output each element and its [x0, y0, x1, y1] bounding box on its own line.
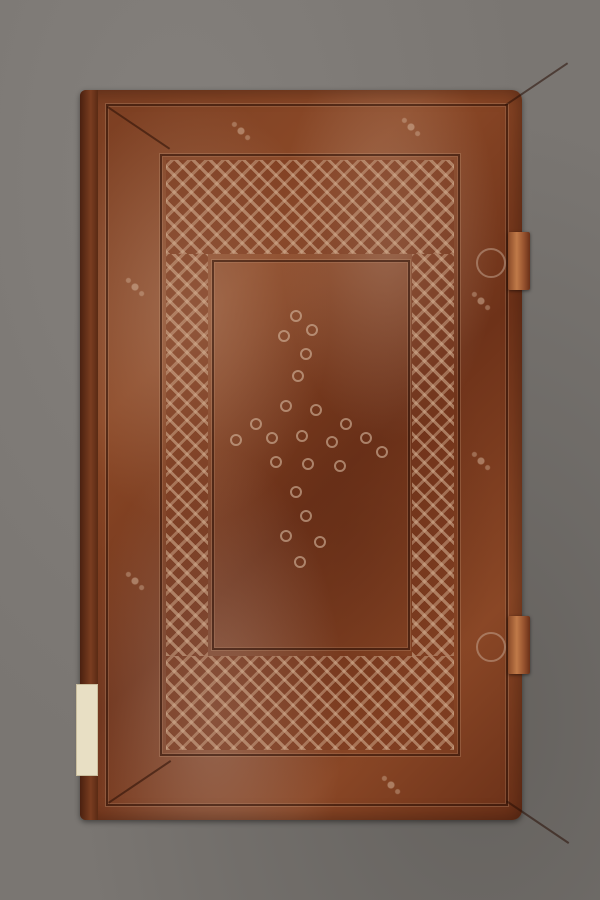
brass-clasp-top	[508, 232, 530, 290]
interlace-border-right	[412, 254, 454, 656]
rosette-stamp	[380, 774, 402, 796]
rosette-stamp	[470, 450, 492, 472]
rosette-stamp	[470, 290, 492, 312]
central-knot-ornament	[230, 300, 390, 580]
interlace-border-top	[166, 160, 454, 254]
rosette-stamp	[230, 120, 252, 142]
rosette-stamp	[124, 570, 146, 592]
clasp-catch-top	[476, 248, 506, 278]
brass-clasp-bottom	[508, 616, 530, 674]
clasp-catch-bottom	[476, 632, 506, 662]
book-cover	[80, 90, 522, 820]
interlace-border-left	[166, 254, 208, 656]
rosette-stamp	[400, 116, 422, 138]
rosette-stamp	[124, 276, 146, 298]
spine-paper-label	[76, 684, 98, 776]
interlace-border-bottom	[166, 656, 454, 750]
